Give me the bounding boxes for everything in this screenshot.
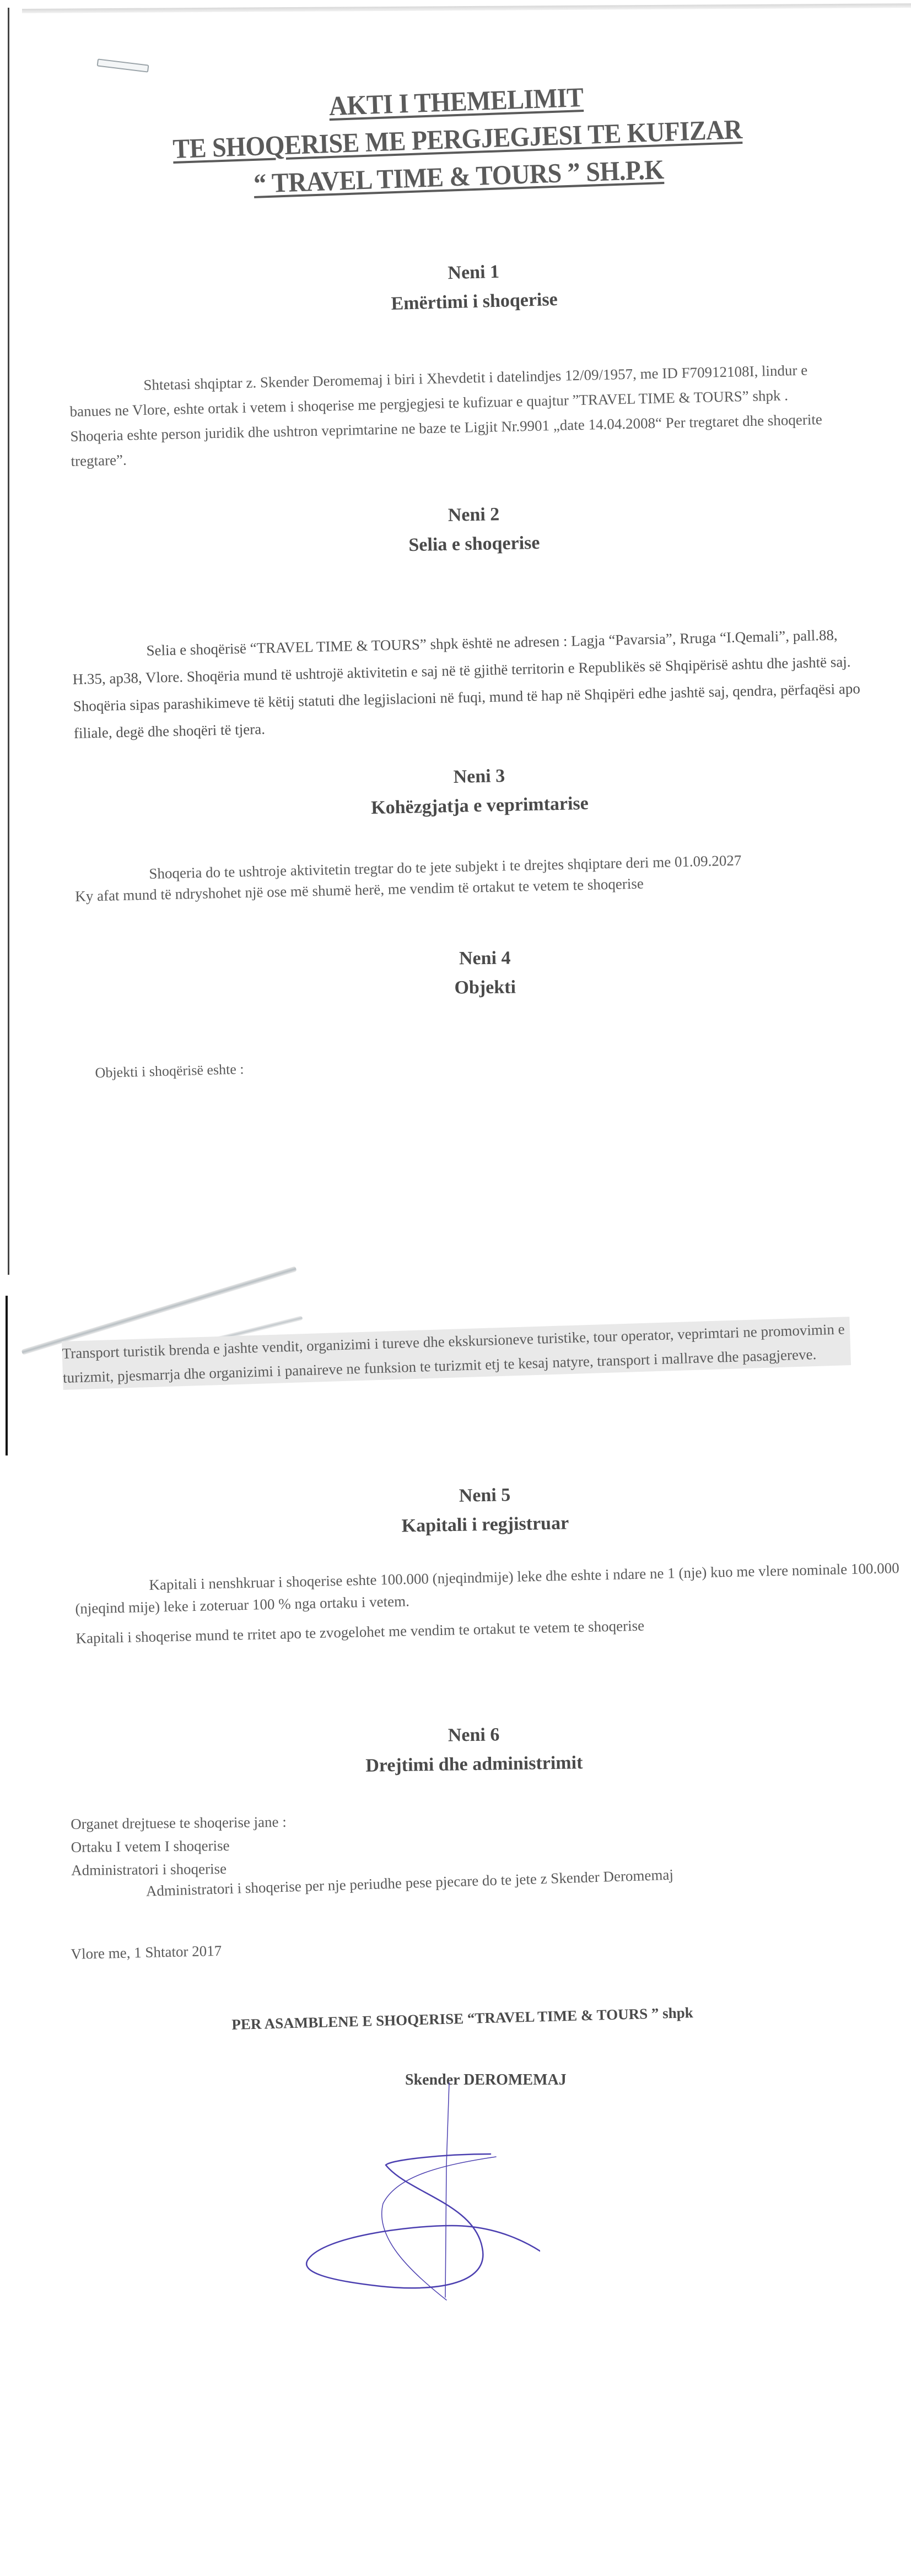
article-number: Neni 4 [292,943,678,974]
article-2-body: Selia e shoqërisë “TRAVEL TIME & TOURS” … [72,621,862,747]
article-paragraph: Organet drejtuese te shoqerise jane : [71,1814,287,1832]
scan-edge [6,1296,8,1455]
article-6-body: Organet drejtuese te shoqerise jane : Or… [71,1804,843,1905]
article-paragraph: Selia e shoqërisë “TRAVEL TIME & TOURS” … [72,626,860,741]
article-3-heading: Neni 3 Kohëzgjatja e veprimtarise [286,759,673,826]
article-title: Objekti [292,971,678,1005]
article-1-body: Shtetasi shqiptar z. Skender Deromemaj i… [69,357,854,474]
scan-edge [8,8,9,1275]
staple-icon [96,58,149,72]
handwritten-signature-icon [265,2082,540,2303]
article-paragraph: Administratori i shoqerise [71,1860,227,1879]
article-2-heading: Neni 2 Selia e shoqerise [281,498,667,563]
article-4-heading: Neni 4 Objekti [292,943,678,1005]
article-6-heading: Neni 6 Drejtimi dhe administrimit [281,1719,667,1783]
article-paragraph: Objekti i shoqërisë eshte : [95,1061,244,1081]
article-1-heading: Neni 1 Emërtimi i shoqerise [281,254,668,322]
scan-edge-top [22,3,911,13]
page-2 [0,1284,911,2576]
article-paragraph: Ortaku I vetem I shoqerise [71,1837,230,1855]
article-5-heading: Neni 5 Kapitali i regjistruar [292,1479,678,1544]
article-title: Drejtimi dhe administrimit [281,1746,667,1783]
place-date-text: Vlore me, 1 Shtator 2017 [71,1942,222,1962]
